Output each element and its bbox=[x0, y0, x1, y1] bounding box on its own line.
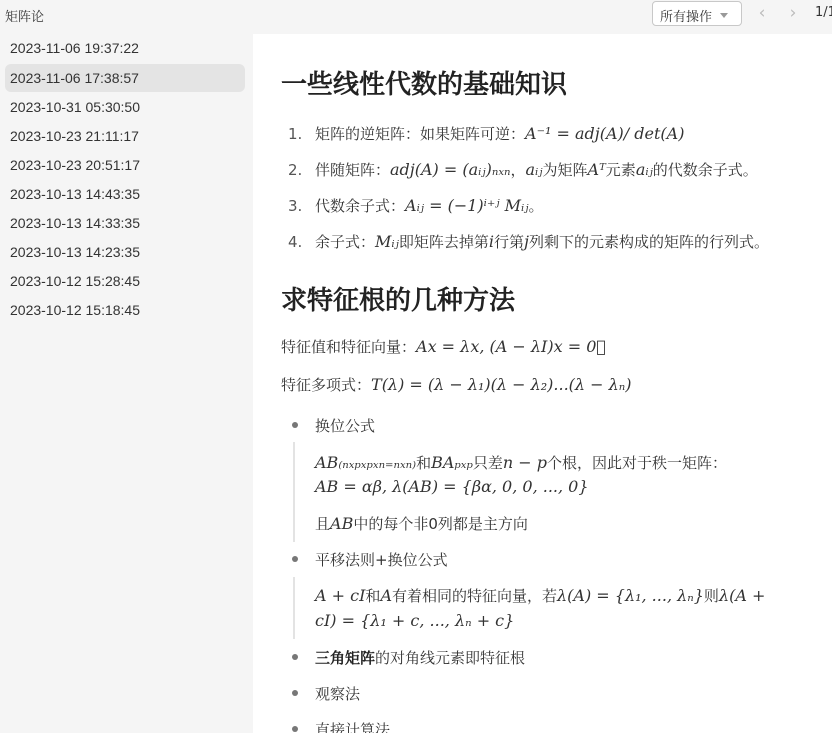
quote-text: 和 bbox=[416, 454, 431, 472]
list-text: 行第 bbox=[494, 233, 524, 251]
bullet-direct-calc: 直接计算法 bbox=[315, 719, 390, 733]
list-text: 元素 bbox=[606, 161, 636, 179]
bullet-dot bbox=[292, 654, 298, 660]
all-actions-label: 所有操作 bbox=[660, 6, 712, 25]
quote-text: 且 bbox=[315, 515, 330, 533]
version-timestamp: 2023-10-12 15:18:45 bbox=[10, 302, 140, 318]
math-formula: adj(A) = (aᵢⱼ)ₙₓₙ bbox=[390, 160, 510, 179]
list-text: 。 bbox=[528, 197, 543, 215]
math-formula: A⁻¹ = adj(A)/ det(A) bbox=[525, 124, 684, 143]
version-timestamp: 2023-11-06 19:37:22 bbox=[10, 40, 139, 56]
version-timestamp: 2023-10-13 14:43:35 bbox=[10, 186, 140, 202]
version-item[interactable]: 2023-10-31 05:30:50 bbox=[5, 93, 245, 121]
math-formula: n − p bbox=[503, 453, 547, 472]
list-text: 余子式： bbox=[315, 233, 375, 251]
version-timestamp: 2023-10-31 05:30:50 bbox=[10, 99, 140, 115]
math-formula: A bbox=[380, 586, 392, 605]
bullet-shift-rule: 平移法则+换位公式 bbox=[315, 549, 448, 570]
document-preview: 一些线性代数的基础知识 1. 矩阵的逆矩阵：如果矩阵可逆：A⁻¹ = adj(A… bbox=[253, 34, 832, 733]
quote-text: 则 bbox=[704, 587, 719, 605]
list-number: 3. bbox=[288, 197, 302, 215]
math-formula: BAₚₓₚ bbox=[431, 453, 473, 472]
quote-line: AB = αβ, λ(AB) = {βα, 0, 0, ..., 0} bbox=[315, 477, 589, 496]
quote-text: 中的每个非0列都是主方向 bbox=[353, 515, 528, 533]
version-list: 2023-11-06 19:37:22 2023-11-06 17:38:57 … bbox=[0, 34, 253, 733]
quote-text: 个根，因此对于秩一矩阵： bbox=[547, 454, 727, 472]
version-item[interactable]: 2023-10-12 15:18:45 bbox=[5, 296, 245, 324]
math-formula: AB₍ₙₓₚₓₚₓₙ₌ₙₓₙ₎ bbox=[315, 453, 416, 472]
list-text: 的代数余子式。 bbox=[653, 161, 758, 179]
version-timestamp: 2023-11-06 17:38:57 bbox=[10, 70, 139, 86]
quote-line: AB₍ₙₓₚₓₚₓₙ₌ₙₓₙ₎和BAₚₓₚ只差n − p个根，因此对于秩一矩阵： bbox=[315, 452, 727, 473]
chevron-left-icon[interactable]: ‹ bbox=[752, 2, 772, 24]
math-formula: AB = αβ, λ(AB) = {βα, 0, 0, ..., 0} bbox=[315, 477, 589, 496]
list-item-inverse: 矩阵的逆矩阵：如果矩阵可逆：A⁻¹ = adj(A)/ det(A) bbox=[315, 123, 684, 144]
chevron-down-icon bbox=[720, 13, 728, 18]
heading-eigen-methods: 求特征根的几种方法 bbox=[281, 280, 515, 317]
paragraph-char-poly: 特征多项式：T(λ) = (λ − λ₁)(λ − λ₂)...(λ − λₙ) bbox=[281, 374, 632, 395]
math-formula: cI) = {λ₁ + c, ..., λₙ + c} bbox=[315, 611, 514, 630]
math-formula: Aᵀ bbox=[588, 160, 606, 179]
math-formula: λ(A) = {λ₁, ..., λₙ} bbox=[557, 586, 704, 605]
math-formula: Mᵢⱼ bbox=[375, 232, 399, 251]
list-text: 即矩阵去掉第 bbox=[399, 233, 489, 251]
list-number: 4. bbox=[288, 233, 302, 251]
list-item-minor: 余子式：Mᵢⱼ即矩阵去掉第i行第j列剩下的元素构成的矩阵的行列式。 bbox=[315, 231, 769, 252]
version-item[interactable]: 2023-10-13 14:33:35 bbox=[5, 209, 245, 237]
math-formula: Aᵢⱼ = (−1)ⁱ⁺ʲ Mᵢⱼ bbox=[405, 196, 528, 215]
version-item[interactable]: 2023-10-12 15:28:45 bbox=[5, 267, 245, 295]
quote-text: 和 bbox=[365, 587, 380, 605]
version-item-selected[interactable]: 2023-11-06 17:38:57 bbox=[5, 64, 245, 92]
list-number: 1. bbox=[288, 125, 302, 143]
math-formula: Ax = λx, (A − λI)x = 0⃗ bbox=[416, 337, 606, 356]
quote-text: 有着相同的特征向量，若 bbox=[392, 587, 557, 605]
bold-text: 三角矩阵 bbox=[315, 649, 375, 667]
chevron-right-icon[interactable]: › bbox=[783, 2, 803, 24]
version-item[interactable]: 2023-10-13 14:23:35 bbox=[5, 238, 245, 266]
page-count: 1/1 bbox=[815, 5, 832, 20]
all-actions-dropdown[interactable]: 所有操作 bbox=[652, 1, 742, 26]
list-item-adjugate: 伴随矩阵：adj(A) = (aᵢⱼ)ₙₓₙ，aᵢⱼ为矩阵Aᵀ元素aᵢⱼ的代数余… bbox=[315, 159, 758, 180]
list-text: 矩阵的逆矩阵：如果矩阵可逆： bbox=[315, 125, 525, 143]
version-timestamp: 2023-10-12 15:28:45 bbox=[10, 273, 140, 289]
heading-basics: 一些线性代数的基础知识 bbox=[281, 64, 567, 101]
bullet-dot bbox=[292, 422, 298, 428]
version-item[interactable]: 2023-10-23 20:51:17 bbox=[5, 151, 245, 179]
bullet-dot bbox=[292, 690, 298, 696]
bullet-dot bbox=[292, 726, 298, 732]
quote-line: cI) = {λ₁ + c, ..., λₙ + c} bbox=[315, 611, 514, 630]
list-item-cofactor: 代数余子式：Aᵢⱼ = (−1)ⁱ⁺ʲ Mᵢⱼ。 bbox=[315, 195, 543, 216]
list-text: 代数余子式： bbox=[315, 197, 405, 215]
list-text: 为矩阵 bbox=[543, 161, 588, 179]
bullet-swap-formula: 换位公式 bbox=[315, 415, 375, 436]
version-item[interactable]: 2023-10-23 21:11:17 bbox=[5, 122, 245, 150]
blockquote-bar bbox=[293, 442, 295, 542]
app-title: 矩阵论 bbox=[5, 6, 44, 25]
list-text: ， bbox=[511, 161, 526, 179]
math-formula: T(λ) = (λ − λ₁)(λ − λ₂)...(λ − λₙ) bbox=[371, 375, 631, 394]
quote-line: A + cI和A有着相同的特征向量，若λ(A) = {λ₁, ..., λₙ}则… bbox=[315, 585, 765, 606]
quote-text: 只差 bbox=[473, 454, 503, 472]
para-text: 特征多项式： bbox=[281, 376, 371, 394]
bullet-observation: 观察法 bbox=[315, 683, 360, 704]
version-timestamp: 2023-10-13 14:23:35 bbox=[10, 244, 140, 260]
math-formula: λ(A + bbox=[719, 586, 765, 605]
math-formula: AB bbox=[330, 514, 353, 533]
bullet-text: 的对角线元素即特征根 bbox=[375, 649, 525, 667]
version-item[interactable]: 2023-10-13 14:43:35 bbox=[5, 180, 245, 208]
bullet-triangular: 三角矩阵的对角线元素即特征根 bbox=[315, 647, 525, 668]
bullet-dot bbox=[292, 556, 298, 562]
math-formula: A + cI bbox=[315, 586, 365, 605]
version-timestamp: 2023-10-23 20:51:17 bbox=[10, 157, 140, 173]
top-bar: 矩阵论 所有操作 ‹ › 1/1 bbox=[0, 0, 832, 30]
paragraph-eigen-definition: 特征值和特征向量：Ax = λx, (A − λI)x = 0⃗ bbox=[281, 336, 606, 357]
list-text: 列剩下的元素构成的矩阵的行列式。 bbox=[529, 233, 769, 251]
list-text: 伴随矩阵： bbox=[315, 161, 390, 179]
version-item[interactable]: 2023-11-06 19:37:22 bbox=[5, 34, 245, 62]
para-text: 特征值和特征向量： bbox=[281, 338, 416, 356]
blockquote-bar bbox=[293, 577, 295, 639]
version-timestamp: 2023-10-23 21:11:17 bbox=[10, 128, 139, 144]
quote-line: 且AB中的每个非0列都是主方向 bbox=[315, 513, 528, 534]
math-formula: aᵢⱼ bbox=[526, 160, 543, 179]
version-timestamp: 2023-10-13 14:33:35 bbox=[10, 215, 140, 231]
math-formula: aᵢⱼ bbox=[636, 160, 653, 179]
list-number: 2. bbox=[288, 161, 302, 179]
